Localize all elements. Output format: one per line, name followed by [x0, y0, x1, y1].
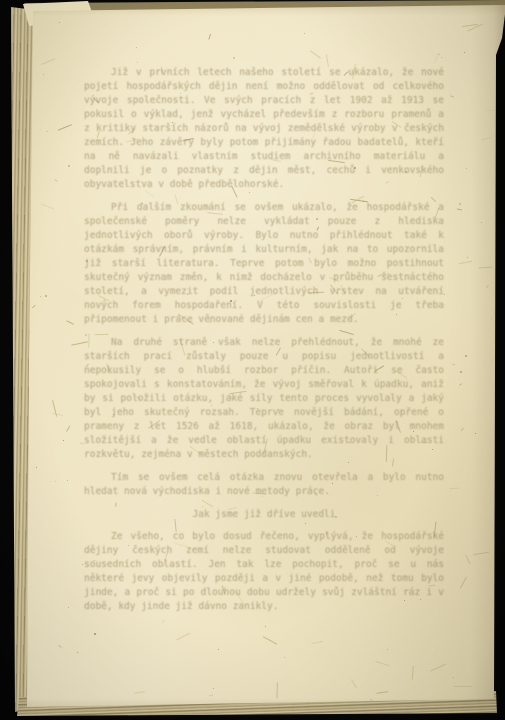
photo-background: Již v prvních letech našeho století se u… [0, 0, 505, 720]
document-page: Již v prvních letech našeho století se u… [0, 0, 505, 720]
ghost-centered-line: Jak jsme již dříve uvedli [84, 508, 444, 522]
ghost-paragraph: Tím se ovšem celá otázka znovu otevřela … [84, 471, 444, 499]
ghost-paragraph: Při dalším zkoumání se ovšem ukázalo, že… [84, 201, 444, 327]
ghost-paragraph: Již v prvních letech našeho století se u… [84, 66, 444, 192]
ghost-paragraph: Na druhé straně však nelze přehlédnout, … [84, 336, 444, 462]
ghost-text-block: Již v prvních letech našeho století se u… [84, 66, 444, 614]
ghost-paragraph: Ze všeho, co bylo dosud řečeno, vyplývá,… [84, 530, 444, 614]
